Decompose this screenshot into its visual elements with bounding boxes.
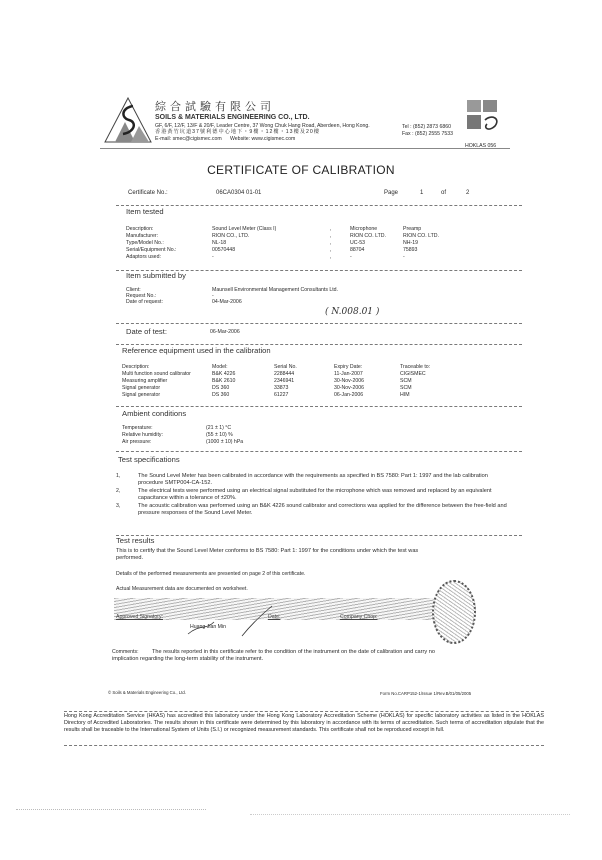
item-tested-preamp: NH-19 [403,240,418,247]
footer-form-number: Form No.CARP152-1/Issue 1/Rev.B/01/05/20… [380,691,471,696]
ambient-label: Air pressure: [122,439,151,446]
date-of-test-value: 06-Mar-2006 [210,329,240,336]
reference-equipment-header: Traceable to: [400,364,430,371]
item-submitted-value: 04-Mar-2006 [212,299,242,306]
item-tested-separator: , [330,233,331,240]
section-heading-test-results: Test results [116,536,154,545]
item-tested-microphone: RION CO. LTD. [350,233,386,240]
item-tested-value: - [212,254,214,261]
item-tested-microphone: Microphone [350,226,377,233]
hkas-accreditation-statement: Hong Kong Accreditation Service (HKAS) h… [64,713,544,735]
item-tested-microphone: - [350,254,352,261]
reference-equipment-cell: B&K 4226 [212,371,235,378]
test-results-statement: This is to certify that the Sound Level … [116,548,446,562]
item-tested-label: Type/Model No.: [126,240,164,247]
reference-equipment-cell: 30-Nov-2006 [334,378,364,385]
ambient-value: (55 ± 10) % [206,432,233,439]
reference-equipment-cell: 2288444 [274,371,294,378]
hoklas-accreditation-icon [465,98,505,146]
signature-icon [180,602,300,638]
test-results-details: Details of the performed measurements ar… [116,571,305,578]
test-spec-text: The Sound Level Meter has been calibrate… [138,473,508,487]
scan-artifact-line [250,814,570,815]
reference-equipment-cell: 61227 [274,392,288,399]
signatory-name: Huang Jian Min [190,624,226,631]
company-fax: Fax : (852) 2555 7533 [402,131,453,138]
item-tested-preamp: Preamp [403,226,421,233]
reference-equipment-cell: Signal generator [122,392,160,399]
item-tested-preamp: 75893 [403,247,417,254]
page-number: 1 [420,190,423,197]
item-tested-value: NL-18 [212,240,226,247]
ambient-value: (21 ± 1) °C [206,425,231,432]
date-of-test-label: Date of test: [126,327,167,336]
item-tested-separator: , [330,247,331,254]
reference-equipment-cell: 06-Jan-2006 [334,392,363,399]
item-tested-separator: , [330,226,331,233]
item-tested-microphone: UC-53 [350,240,365,247]
item-tested-label: Serial/Equipment No.: [126,247,176,254]
ambient-value: (1000 ± 10) hPa [206,439,243,446]
reference-equipment-cell: DS 360 [212,392,229,399]
item-tested-value: 00570448 [212,247,235,254]
signature-label-chop: Company Chop: [340,614,378,621]
item-tested-label: Adaptors used: [126,254,161,261]
reference-equipment-cell: Signal generator [122,385,160,392]
test-results-worksheet: Actual Measurement data are documented o… [116,586,248,593]
company-address-cn: 香港黃竹坑道37號利德中心地下・9樓・12樓・13樓及20樓 [155,129,320,136]
reference-equipment-cell: 2346941 [274,378,294,385]
company-name-chinese: 綜合試驗有限公司 [155,98,275,114]
ambient-label: Temperature: [122,425,153,432]
comments-text: The results reported in this certificate… [112,649,442,663]
reference-equipment-header: Model: [212,364,228,371]
company-name-english: SOILS & MATERIALS ENGINEERING CO., LTD. [155,114,310,121]
reference-equipment-cell: 33873 [274,385,288,392]
page-of-label: of [441,190,446,197]
section-heading-ambient-conditions: Ambient conditions [122,409,186,418]
item-tested-label: Manufacturer: [126,233,158,240]
reference-equipment-header: Expiry Date: [334,364,362,371]
item-tested-value: Sound Level Meter (Class I) [212,226,276,233]
scan-artifact-line [16,809,206,810]
section-heading-test-specifications: Test specifications [118,455,180,464]
page-total: 2 [466,190,469,197]
test-spec-number: 2, [116,488,120,495]
section-heading-item-submitted: Item submitted by [126,271,186,280]
reference-equipment-cell: B&K 2610 [212,378,235,385]
item-tested-label: Description: [126,226,153,233]
footer-copyright: © Soils & Materials Engineering Co., Ltd… [108,690,186,695]
reference-equipment-header: Serial No. [274,364,297,371]
test-spec-number: 3, [116,503,120,510]
company-tel: Tel : (852) 2873 6860 [402,124,451,131]
item-tested-microphone: 88704 [350,247,364,254]
certificate-number: 06CA0304 01-01 [216,190,261,197]
reference-equipment-cell: Multi function sound calibrator [122,371,191,378]
reference-equipment-cell: HIM [400,392,410,399]
reference-equipment-cell: CIGISMEC [400,371,426,378]
item-tested-separator: , [330,254,331,261]
company-logo-icon [103,96,153,144]
handwritten-reference-note: ( N.008.01 ) [325,307,379,317]
reference-equipment-cell: 30-Nov-2006 [334,385,364,392]
certificate-number-label: Certificate No.: [128,190,168,197]
test-spec-number: 1, [116,473,120,480]
item-tested-preamp: - [403,254,405,261]
company-website: Website: www.cigismec.com [230,136,295,143]
reference-equipment-cell: SCM [400,385,412,392]
page-label: Page [384,190,398,197]
test-spec-text: The acoustic calibration was performed u… [138,503,508,517]
reference-equipment-cell: SCM [400,378,412,385]
company-email: E-mail: smec@cigismec.com [155,136,222,143]
test-spec-text: The electrical tests were performed usin… [138,488,508,502]
item-tested-separator: , [330,240,331,247]
section-heading-item-tested: Item tested [126,207,164,216]
reference-equipment-cell: Measuring amplifier [122,378,167,385]
reference-equipment-cell: DS 360 [212,385,229,392]
item-submitted-value: Maunsell Environmental Management Consul… [212,287,338,294]
reference-equipment-header: Description: [122,364,149,371]
section-heading-reference-equipment: Reference equipment used in the calibrat… [122,346,271,355]
signature-label-approved: Approved Signatory: [116,614,163,621]
item-submitted-label: Date of request: [126,299,163,306]
company-seal-icon [432,580,476,644]
item-tested-value: RION CO., LTD. [212,233,249,240]
item-tested-preamp: RION CO. LTD. [403,233,439,240]
reference-equipment-cell: 11-Jan-2007 [334,371,363,378]
ambient-label: Relative humidity: [122,432,163,439]
document-title: CERTIFICATE OF CALIBRATION [0,163,602,177]
